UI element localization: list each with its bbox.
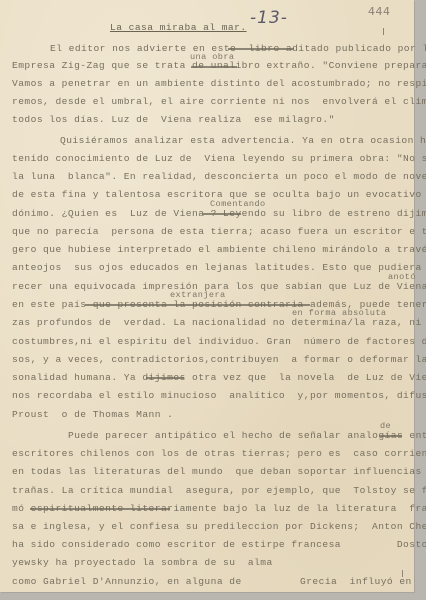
text-line: ha sido considerado como escritor de est… <box>12 540 426 550</box>
text-line: gero que hubiese interpretado el ambient… <box>12 245 426 255</box>
document-title: La casa miraba al mar. <box>110 22 247 33</box>
text-line: zas profundos de verdad. La nacionalidad… <box>12 318 426 328</box>
text-line: tenido conocimiento de Luz de Viena leye… <box>12 154 426 164</box>
strikethrough <box>203 213 241 215</box>
text-line: sos, y a veces, contradictorios,contribu… <box>12 355 426 365</box>
interlinear-correction: anotó <box>388 273 416 282</box>
text-line: anteojos sus ojos educados en lejanas la… <box>12 263 426 273</box>
typewritten-page: 444 -13- La casa miraba al mar. El edito… <box>0 0 414 592</box>
strikethrough <box>380 435 402 437</box>
text-line: yewsky ha proyectado la sombra de su alm… <box>12 558 273 568</box>
strikethrough <box>146 377 184 379</box>
text-line: nos recordaba el estilo minucioso analít… <box>12 391 426 401</box>
interlinear-correction: extranjera <box>170 291 226 300</box>
margin-mark <box>383 28 384 35</box>
text-line: Quisiéramos analizar esta advertencia. Y… <box>60 136 426 146</box>
page-number: -13- <box>250 8 288 28</box>
strikethrough <box>191 66 237 68</box>
text-line: Grecia influyó en <box>300 577 412 587</box>
text-line: sonalidad humana. Ya dijimos otra vez qu… <box>12 373 426 383</box>
text-line: que no parecía persona de esta tierra; a… <box>12 227 426 237</box>
text-line: como Gabriel D'Annunzio, en alguna de <box>12 577 242 587</box>
text-line: en todas las literaturas del mundo que d… <box>12 467 426 477</box>
strikethrough <box>85 304 310 306</box>
text-line: la luna blanca". En realidad, desconcier… <box>12 172 426 182</box>
text-line: trañas. La crítica mundial asegura, por … <box>12 486 426 496</box>
interlinear-correction: en forma absoluta <box>292 309 386 318</box>
text-line: Vamos a penetrar en un ambiente distinto… <box>12 79 426 89</box>
text-line: remos, desde el umbral, el aire corrient… <box>12 97 426 107</box>
text-line: Proust o de Thomas Mann . <box>12 410 173 420</box>
strikethrough <box>228 48 294 50</box>
archive-number: 444 <box>368 5 391 18</box>
text-line: Puede parecer antipático el hecho de señ… <box>68 431 426 441</box>
text-line: sa e inglesa, y el confiesa su predilecc… <box>12 522 426 532</box>
text-line: escritores chilenos con los de otras tie… <box>12 449 426 459</box>
interlinear-correction: Comentando <box>210 200 266 209</box>
margin-mark <box>402 570 403 577</box>
text-line: todos los días. Luz de Viena realiza ese… <box>12 115 335 125</box>
interlinear-correction: una obra <box>190 53 234 62</box>
interlinear-correction: de <box>380 422 391 431</box>
strikethrough <box>30 508 170 510</box>
text-line: costumbres,ni el espiritu del individuo.… <box>12 337 426 347</box>
